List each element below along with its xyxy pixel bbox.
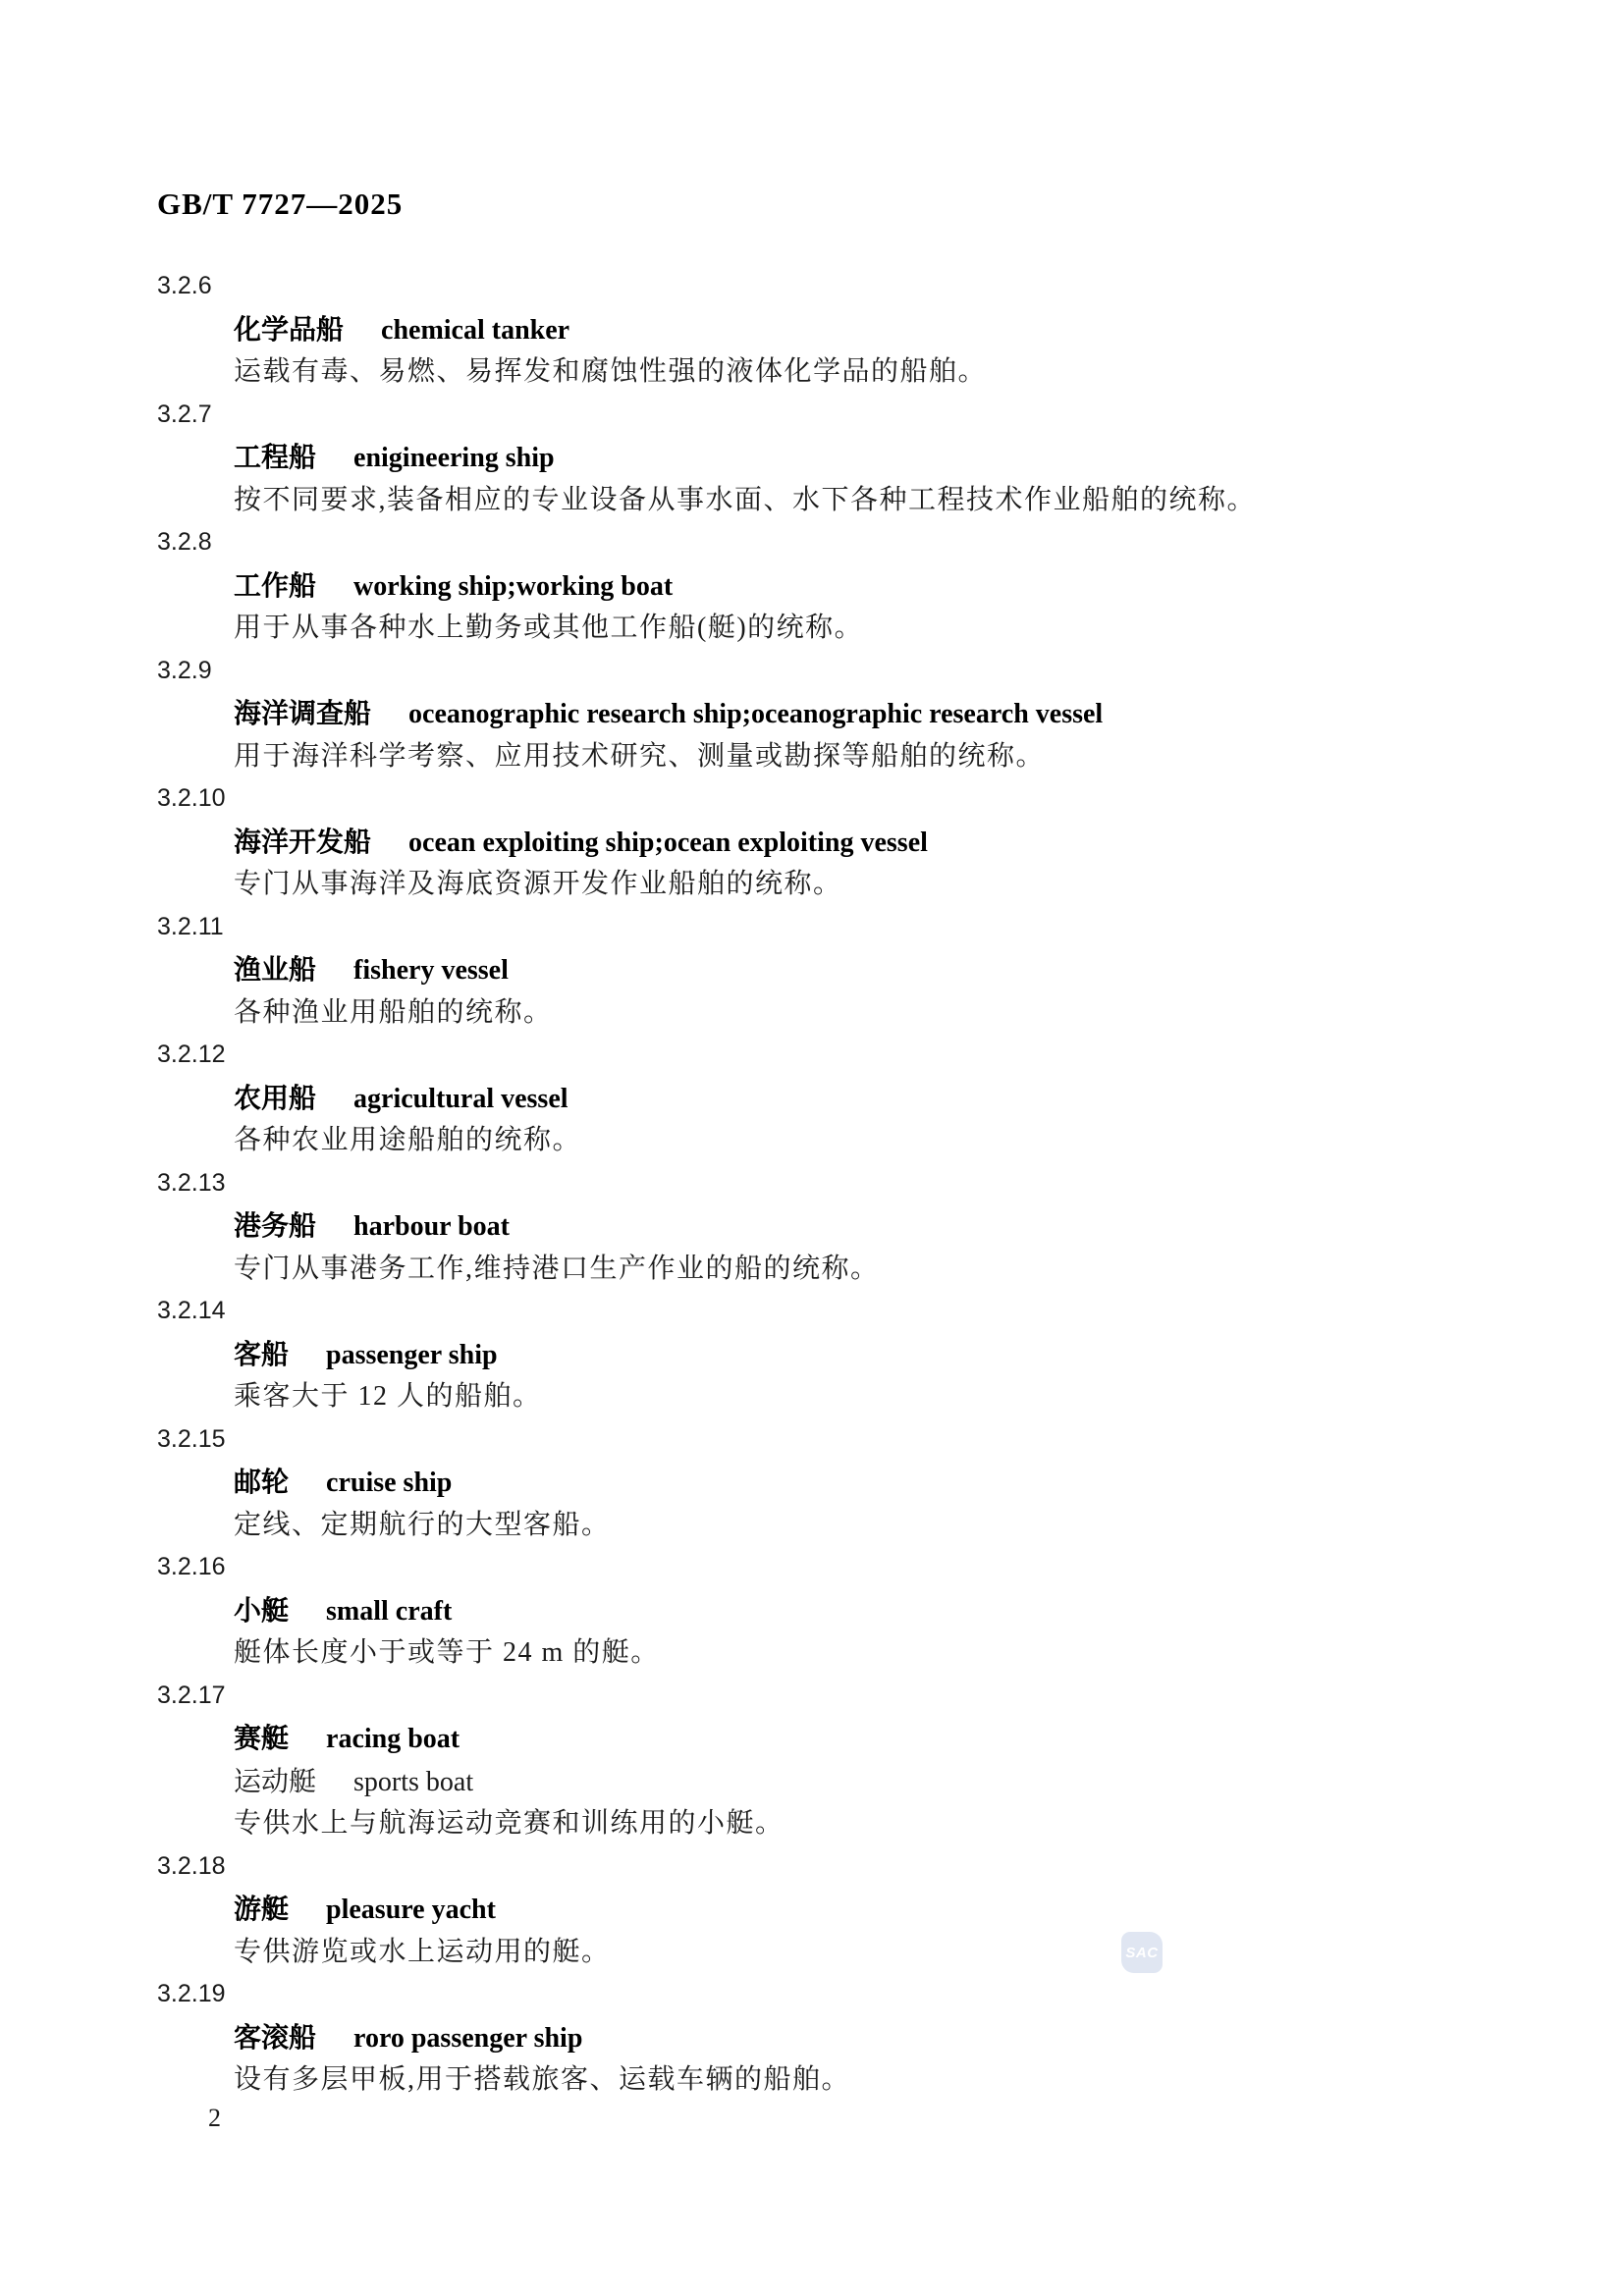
admitted-term-english: sports boat bbox=[353, 1767, 473, 1797]
term-line: 邮轮 cruise ship bbox=[157, 1461, 1516, 1504]
term-english: fishery vessel bbox=[353, 955, 509, 986]
term-entry: 3.2.11 渔业船 fishery vessel 各种渔业用船舶的统称。 bbox=[157, 906, 1516, 1035]
term-line: 农用船 agricultural vessel bbox=[157, 1077, 1516, 1120]
term-english: harbour boat bbox=[353, 1211, 510, 1242]
page-number: 2 bbox=[208, 2104, 221, 2133]
term-chinese: 游艇 bbox=[234, 1894, 289, 1924]
term-chinese: 渔业船 bbox=[234, 954, 316, 985]
term-line: 渔业船 fishery vessel bbox=[157, 948, 1516, 991]
term-line: 客船 passenger ship bbox=[157, 1333, 1516, 1376]
term-chinese: 小艇 bbox=[234, 1595, 289, 1626]
sac-watermark-badge: SAC bbox=[1121, 1932, 1163, 1973]
term-chinese: 海洋开发船 bbox=[234, 827, 371, 857]
term-entry: 3.2.19 客滚船 roro passenger ship 设有多层甲板,用于… bbox=[157, 1973, 1516, 2102]
clause-number: 3.2.7 bbox=[157, 394, 1516, 437]
term-chinese: 港务船 bbox=[234, 1210, 316, 1241]
clause-number: 3.2.19 bbox=[157, 1973, 1516, 2016]
term-chinese: 工程船 bbox=[234, 442, 316, 472]
term-definition: 用于海洋科学考察、应用技术研究、测量或勘探等船舶的统称。 bbox=[157, 735, 1516, 778]
term-entry: 3.2.14 客船 passenger ship 乘客大于 12 人的船舶。 bbox=[157, 1290, 1516, 1418]
term-chinese: 邮轮 bbox=[234, 1467, 289, 1497]
term-line: 游艇 pleasure yacht bbox=[157, 1888, 1516, 1931]
term-definition: 各种渔业用船舶的统称。 bbox=[157, 991, 1516, 1035]
term-entry: 3.2.16 小艇 small craft 艇体长度小于或等于 24 m 的艇。 bbox=[157, 1546, 1516, 1675]
term-english: racing boat bbox=[326, 1724, 460, 1754]
term-english: cruise ship bbox=[326, 1468, 452, 1498]
term-english: chemical tanker bbox=[381, 315, 569, 346]
term-definition: 运载有毒、易燃、易挥发和腐蚀性强的液体化学品的船舶。 bbox=[157, 350, 1516, 394]
term-definition: 按不同要求,装备相应的专业设备从事水面、水下各种工程技术作业船舶的统称。 bbox=[157, 479, 1516, 522]
terminology-section-list: 3.2.6 化学品船 chemical tanker 运载有毒、易燃、易挥发和腐… bbox=[157, 265, 1516, 2102]
term-english: working ship;working boat bbox=[353, 571, 673, 602]
clause-number: 3.2.18 bbox=[157, 1845, 1516, 1889]
term-definition: 用于从事各种水上勤务或其他工作船(艇)的统称。 bbox=[157, 607, 1516, 650]
term-entry: 3.2.7 工程船 enigineering ship 按不同要求,装备相应的专… bbox=[157, 394, 1516, 522]
term-english: ocean exploiting ship;ocean exploiting v… bbox=[408, 828, 928, 858]
term-entry: 3.2.13 港务船 harbour boat 专门从事港务工作,维持港口生产作… bbox=[157, 1162, 1516, 1291]
term-entry: 3.2.18 游艇 pleasure yacht 专供游览或水上运动用的艇。 bbox=[157, 1845, 1516, 1974]
term-entry: 3.2.12 农用船 agricultural vessel 各种农业用途船舶的… bbox=[157, 1034, 1516, 1162]
term-definition: 乘客大于 12 人的船舶。 bbox=[157, 1375, 1516, 1418]
term-definition: 各种农业用途船舶的统称。 bbox=[157, 1119, 1516, 1162]
term-line: 海洋调查船 oceanographic research ship;oceano… bbox=[157, 692, 1516, 735]
term-english: oceanographic research ship;oceanographi… bbox=[408, 699, 1103, 729]
term-definition: 定线、定期航行的大型客船。 bbox=[157, 1504, 1516, 1547]
term-english: passenger ship bbox=[326, 1340, 498, 1370]
clause-number: 3.2.15 bbox=[157, 1418, 1516, 1462]
term-line: 工程船 enigineering ship bbox=[157, 436, 1516, 479]
admitted-term-chinese: 运动艇 bbox=[234, 1766, 316, 1796]
term-definition: 设有多层甲板,用于搭载旅客、运载车辆的船舶。 bbox=[157, 2058, 1516, 2102]
term-definition: 专门从事海洋及海底资源开发作业船舶的统称。 bbox=[157, 863, 1516, 906]
term-definition: 专供水上与航海运动竞赛和训练用的小艇。 bbox=[157, 1802, 1516, 1845]
clause-number: 3.2.8 bbox=[157, 521, 1516, 564]
term-definition: 艇体长度小于或等于 24 m 的艇。 bbox=[157, 1631, 1516, 1675]
term-definition: 专门从事港务工作,维持港口生产作业的船的统称。 bbox=[157, 1248, 1516, 1291]
clause-number: 3.2.12 bbox=[157, 1034, 1516, 1077]
term-chinese: 海洋调查船 bbox=[234, 698, 371, 728]
term-english: small craft bbox=[326, 1596, 452, 1627]
term-english: roro passenger ship bbox=[353, 2023, 582, 2054]
term-line: 小艇 small craft bbox=[157, 1589, 1516, 1632]
term-entry: 3.2.9 海洋调查船 oceanographic research ship;… bbox=[157, 650, 1516, 778]
standard-document-page: GB/T 7727—2025 3.2.6 化学品船 chemical tanke… bbox=[0, 0, 1624, 2296]
term-line: 海洋开发船 ocean exploiting ship;ocean exploi… bbox=[157, 821, 1516, 864]
term-line: 港务船 harbour boat bbox=[157, 1204, 1516, 1248]
term-english: enigineering ship bbox=[353, 443, 555, 473]
term-entry: 3.2.15 邮轮 cruise ship 定线、定期航行的大型客船。 bbox=[157, 1418, 1516, 1547]
term-english: agricultural vessel bbox=[353, 1084, 568, 1114]
clause-number: 3.2.13 bbox=[157, 1162, 1516, 1205]
term-chinese: 客滚船 bbox=[234, 2022, 316, 2053]
clause-number: 3.2.10 bbox=[157, 777, 1516, 821]
term-chinese: 客船 bbox=[234, 1339, 289, 1369]
term-line: 工作船 working ship;working boat bbox=[157, 564, 1516, 608]
term-chinese: 工作船 bbox=[234, 570, 316, 601]
sac-logo-icon: SAC bbox=[1125, 1945, 1158, 1961]
clause-number: 3.2.16 bbox=[157, 1546, 1516, 1589]
term-entry: 3.2.10 海洋开发船 ocean exploiting ship;ocean… bbox=[157, 777, 1516, 906]
term-chinese: 农用船 bbox=[234, 1083, 316, 1113]
clause-number: 3.2.14 bbox=[157, 1290, 1516, 1333]
admitted-term-line: 运动艇 sports boat bbox=[157, 1760, 1516, 1803]
term-chinese: 化学品船 bbox=[234, 314, 344, 345]
clause-number: 3.2.11 bbox=[157, 906, 1516, 949]
term-definition: 专供游览或水上运动用的艇。 bbox=[157, 1931, 1516, 1974]
term-entry: 3.2.8 工作船 working ship;working boat 用于从事… bbox=[157, 521, 1516, 650]
term-chinese: 赛艇 bbox=[234, 1723, 289, 1753]
term-entry: 3.2.17 赛艇 racing boat 运动艇 sports boat 专供… bbox=[157, 1675, 1516, 1845]
term-line: 客滚船 roro passenger ship bbox=[157, 2016, 1516, 2059]
clause-number: 3.2.6 bbox=[157, 265, 1516, 308]
term-entry: 3.2.6 化学品船 chemical tanker 运载有毒、易燃、易挥发和腐… bbox=[157, 265, 1516, 394]
term-english: pleasure yacht bbox=[326, 1895, 496, 1925]
clause-number: 3.2.17 bbox=[157, 1675, 1516, 1718]
term-line: 赛艇 racing boat bbox=[157, 1717, 1516, 1760]
clause-number: 3.2.9 bbox=[157, 650, 1516, 693]
document-header-standard-number: GB/T 7727—2025 bbox=[157, 187, 403, 222]
term-line: 化学品船 chemical tanker bbox=[157, 308, 1516, 351]
